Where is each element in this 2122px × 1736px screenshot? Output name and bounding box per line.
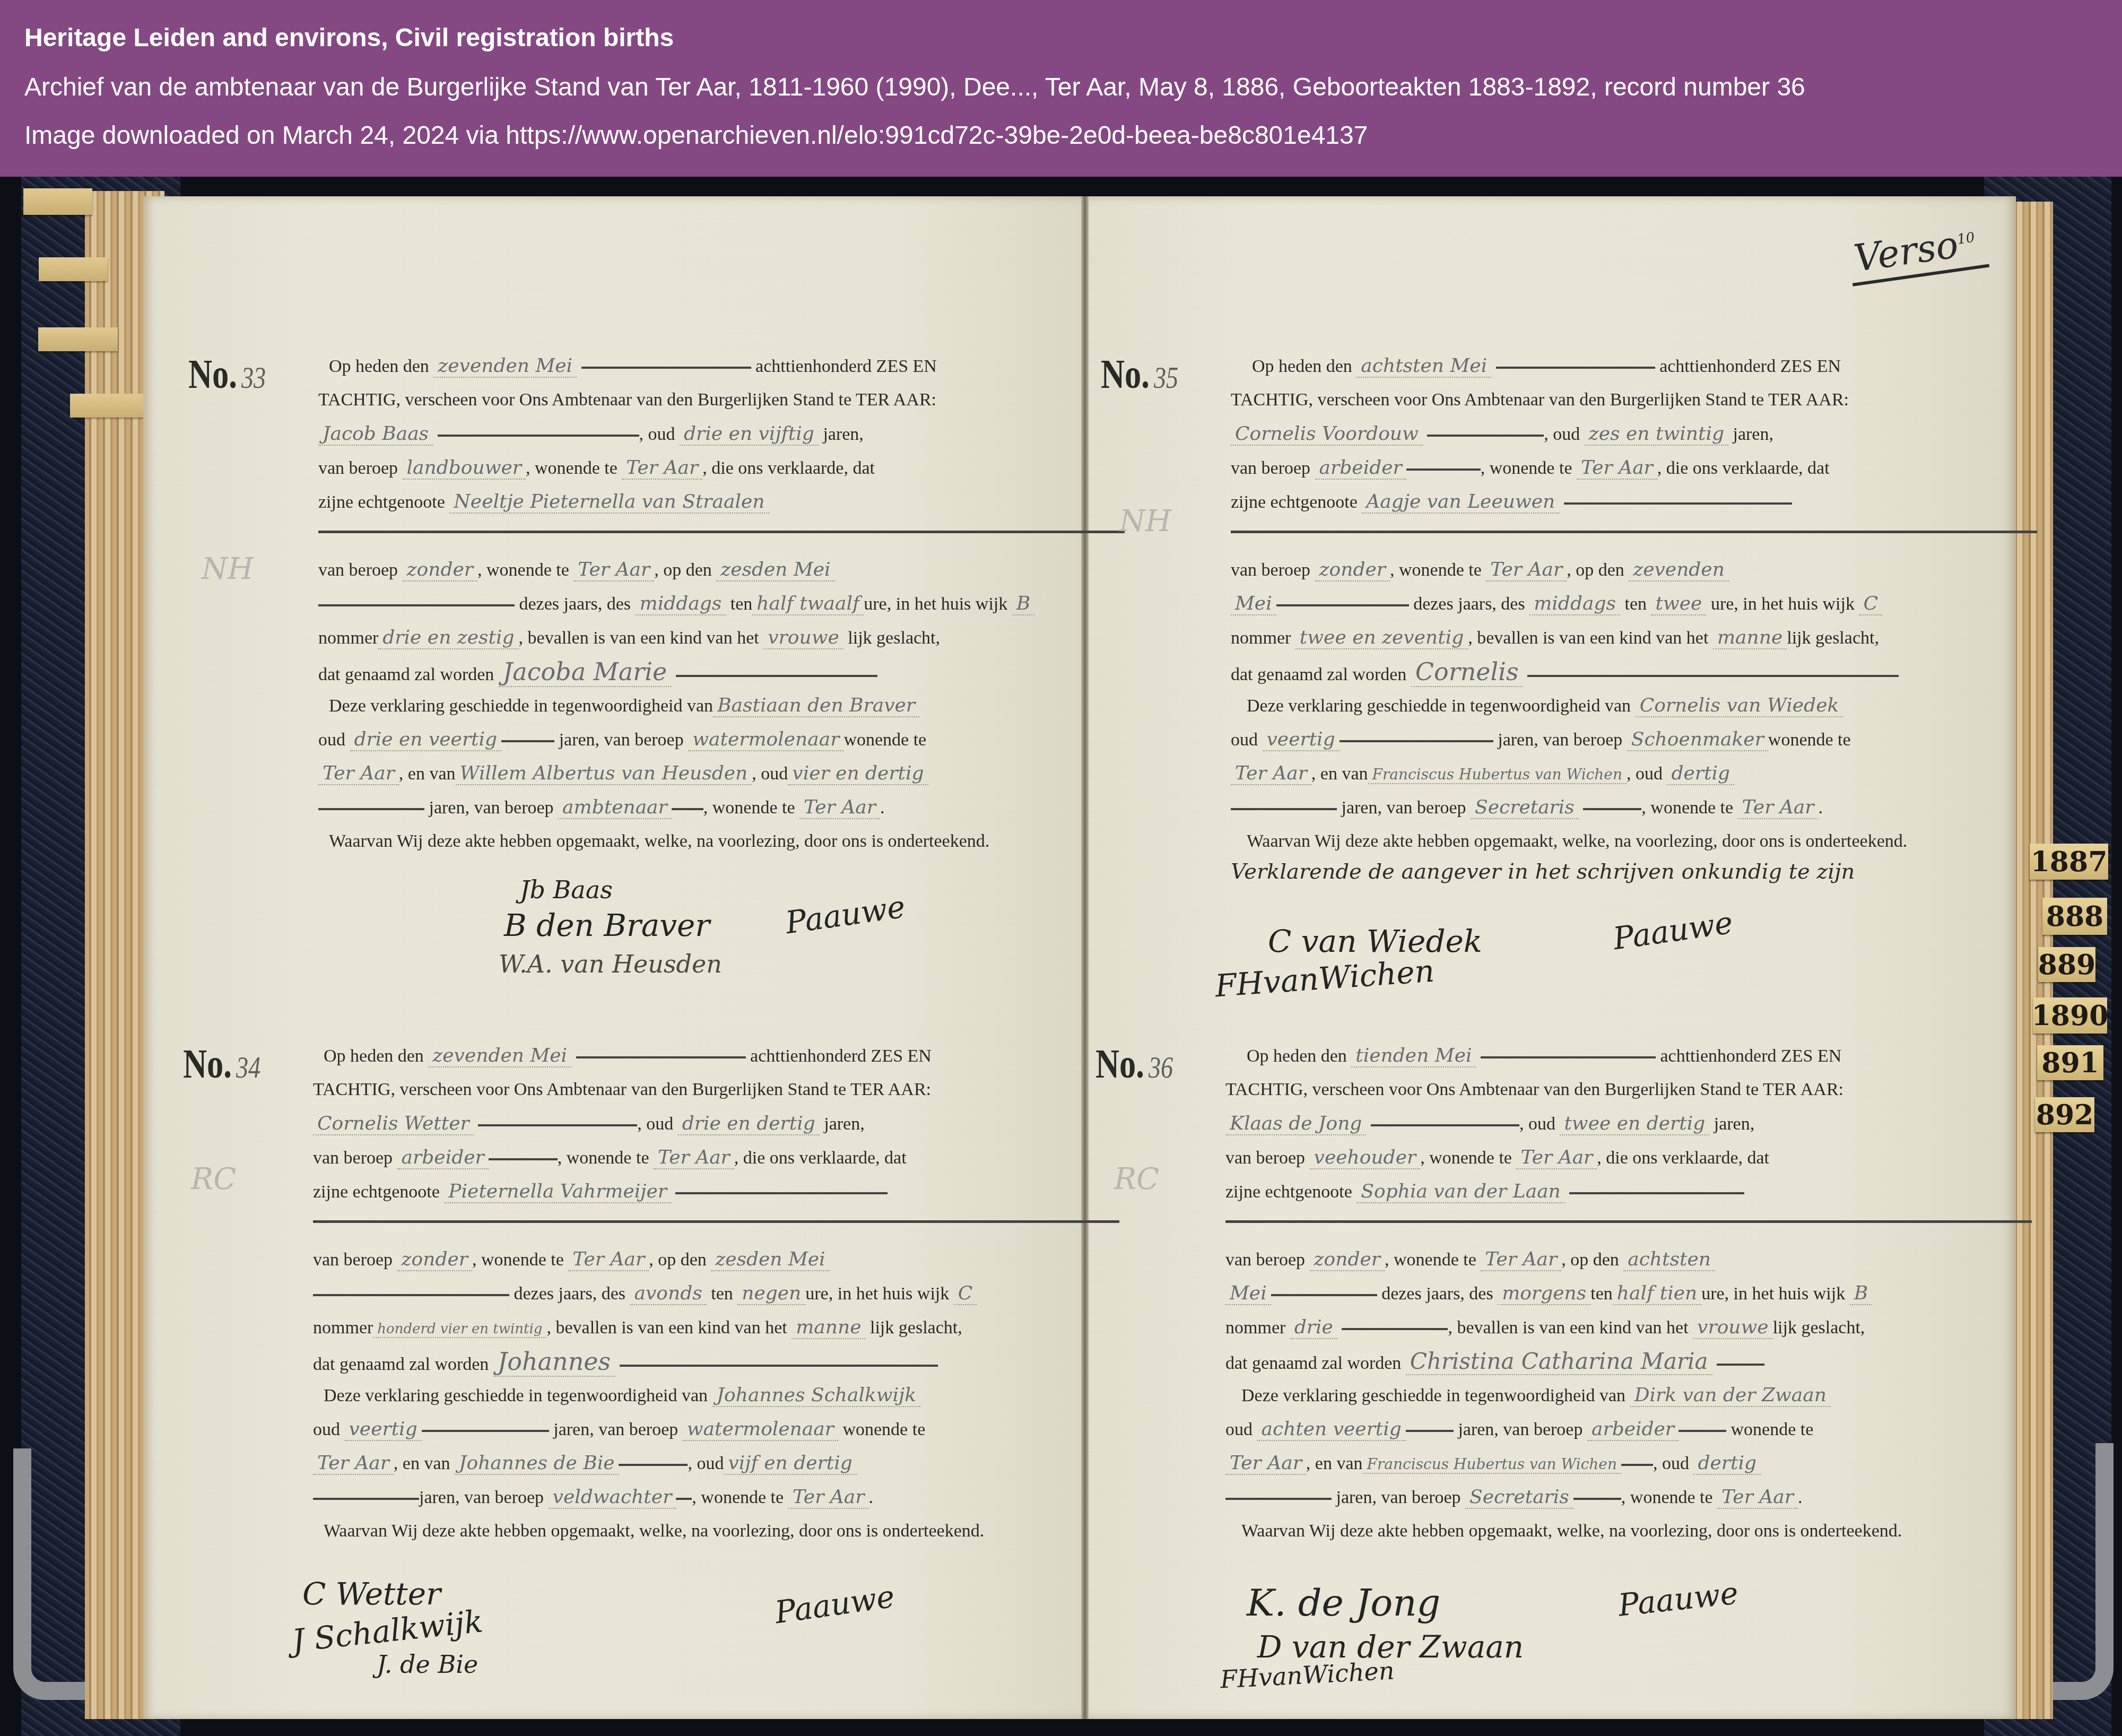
- form-line: van beroep veehouder, wonende te Ter Aar…: [1225, 1142, 2032, 1174]
- form-line: Ter Aar, en vanFranciscus Hubertus van W…: [1231, 758, 2037, 789]
- margin-note: RC: [191, 1162, 236, 1196]
- form-line: Op heden den tienden Mei achttienhonderd…: [1225, 1040, 2053, 1072]
- index-tab: [39, 257, 108, 281]
- form-line: dat genaamd zal worden Cornelis: [1231, 656, 2037, 688]
- form-line: nommer twee en zeventig, bevallen is van…: [1231, 622, 2037, 654]
- margin-note: NH: [202, 552, 254, 586]
- signature: J. de Bie: [377, 1650, 478, 1679]
- form-line: Op heden den zevenden Mei achttienhonder…: [313, 1040, 1130, 1072]
- form-line: Ter Aar, en van Johannes de Bie, oudvijf…: [313, 1447, 1119, 1479]
- form-line: nommer drie , bevallen is van een kind v…: [1225, 1312, 2032, 1343]
- form-line: van beroep zonder, wonende te Ter Aar, o…: [1225, 1244, 2032, 1275]
- form-line: Ter Aar, en vanWillem Albertus van Heusd…: [318, 758, 1125, 789]
- margin-note: NH: [1119, 504, 1171, 539]
- form-line: oud veertig jaren, van beroep Schoenmake…: [1231, 724, 2037, 756]
- form-line: Mei dezes jaars, des middags ten twee ur…: [1231, 588, 2037, 620]
- form-line: van beroep landbouwer, wonende te Ter Aa…: [318, 452, 1125, 484]
- form-line: Cornelis Voordouw , oud zes en twintig j…: [1231, 418, 2037, 450]
- form-line: oud veertig jaren, van beroep watermolen…: [313, 1413, 1119, 1445]
- form-line: Ter Aar, en vanFranciscus Hubertus van W…: [1225, 1447, 2032, 1479]
- form-line: Jacob Baas , oud drie en vijftig jaren,: [318, 418, 1125, 450]
- index-tab: [70, 394, 147, 418]
- form-line: van beroep zonder, wonende te Ter Aar, o…: [1231, 554, 2037, 586]
- form-line: dat genaamd zal worden Jacoba Marie: [318, 656, 1125, 688]
- source-description: Archief van de ambtenaar van de Burgerli…: [24, 73, 1805, 102]
- form-line: jaren, van beroep ambtenaar, wonende te …: [318, 792, 1125, 823]
- form-line: Cornelis Wetter , oud drie en dertig jar…: [313, 1108, 1119, 1140]
- form-line: van beroep arbeider, wonende te Ter Aar,…: [1231, 452, 2037, 484]
- index-tab: [23, 188, 92, 215]
- index-tab: [38, 327, 118, 351]
- form-line: nommerdrie en zestig, bevallen is van ee…: [318, 622, 1125, 654]
- form-line: Deze verklaring geschiedde in tegenwoord…: [313, 1379, 1130, 1411]
- signature: K. de Jong: [1247, 1581, 1440, 1625]
- form-line: zijne echtgenoote Aagje van Leeuwen: [1231, 486, 2037, 518]
- form-line: dezes jaars, des middags tenhalf twaalfu…: [318, 588, 1125, 620]
- form-line: oud achten veertig jaren, van beroep arb…: [1225, 1413, 2032, 1445]
- form-line: Deze verklaring geschiedde in tegenwoord…: [318, 690, 1135, 722]
- form-line: Waarvan Wij deze akte hebben opgemaakt, …: [1225, 1515, 2048, 1547]
- form-line: TACHTIG, verscheen voor Ons Ambtenaar va…: [318, 384, 1125, 416]
- form-line: zijne echtgenoote Pieternella Vahrmeijer: [313, 1176, 1119, 1208]
- download-info: Image downloaded on March 24, 2024 via h…: [24, 121, 1368, 150]
- record-number: No.34: [183, 1040, 260, 1088]
- form-line: Deze verklaring geschiedde in tegenwoord…: [1231, 690, 2053, 722]
- form-line: van beroep zonder, wonende te Ter Aar, o…: [318, 554, 1125, 586]
- form-line: Mei dezes jaars, des morgenstenhalf tien…: [1225, 1278, 2032, 1309]
- form-line: TACHTIG, verscheen voor Ons Ambtenaar va…: [1225, 1074, 2032, 1106]
- form-line: Op heden den zevenden Mei achttienhonder…: [318, 350, 1135, 382]
- form-line: Klaas de Jong , oud twee en dertig jaren…: [1225, 1108, 2032, 1140]
- signature: W.A. van Heusden: [499, 950, 722, 978]
- form-line: jaren, van beroep veldwachter, wonende t…: [313, 1481, 1119, 1513]
- form-line: Waarvan Wij deze akte hebben opgemaakt, …: [318, 826, 1135, 857]
- form-line: nommerhonderd vier en twintig, bevallen …: [313, 1312, 1119, 1343]
- form-line: oud drie en veertig jaren, van beroep wa…: [318, 724, 1125, 756]
- year-tab-1889[interactable]: 889: [2038, 947, 2095, 982]
- record-number: No.35: [1101, 350, 1178, 398]
- record-number: No.36: [1095, 1040, 1173, 1088]
- form-line: Deze verklaring geschiedde in tegenwoord…: [1225, 1379, 2048, 1411]
- margin-note: RC: [1114, 1162, 1159, 1196]
- record-number: No.33: [188, 350, 266, 398]
- caption-header: Heritage Leiden and environs, Civil regi…: [0, 0, 2122, 177]
- collection-title: Heritage Leiden and environs, Civil regi…: [24, 23, 674, 53]
- form-line: jaren, van beroep Secretaris, wonende te…: [1225, 1481, 2032, 1513]
- form-line: van beroep zonder, wonende te Ter Aar, o…: [313, 1244, 1119, 1275]
- year-tab-1888[interactable]: 888: [2042, 898, 2107, 935]
- signature: B den Braver: [504, 907, 710, 943]
- year-tab-1890[interactable]: 1890: [2033, 997, 2107, 1034]
- form-line: van beroep arbeider, wonende te Ter Aar,…: [313, 1142, 1119, 1174]
- form-line: dat genaamd zal worden Johannes: [313, 1346, 1119, 1377]
- year-tab-1892[interactable]: 892: [2035, 1097, 2094, 1132]
- form-line: TACHTIG, verscheen voor Ons Ambtenaar va…: [313, 1074, 1119, 1106]
- form-line: zijne echtgenoote Sophia van der Laan: [1225, 1176, 2032, 1208]
- form-line: Waarvan Wij deze akte hebben opgemaakt, …: [1231, 826, 2053, 857]
- handwritten-note: Verklarende de aangever in het schrijven…: [1231, 860, 2037, 884]
- signature: C Wetter: [302, 1576, 441, 1612]
- form-line: Waarvan Wij deze akte hebben opgemaakt, …: [313, 1515, 1130, 1547]
- form-line: jaren, van beroep Secretaris , wonende t…: [1231, 792, 2037, 823]
- form-line: dat genaamd zal worden Christina Cathari…: [1225, 1346, 2032, 1377]
- form-line: dezes jaars, des avonds ten negenure, in…: [313, 1278, 1119, 1309]
- signature: C van Wiedek: [1268, 923, 1482, 959]
- form-line: Op heden den achtsten Mei achttienhonder…: [1231, 350, 2058, 382]
- form-line: zijne echtgenoote Neeltje Pieternella va…: [318, 486, 1125, 518]
- signature: Jb Baas: [520, 875, 613, 904]
- form-line: TACHTIG, verscheen voor Ons Ambtenaar va…: [1231, 384, 2037, 416]
